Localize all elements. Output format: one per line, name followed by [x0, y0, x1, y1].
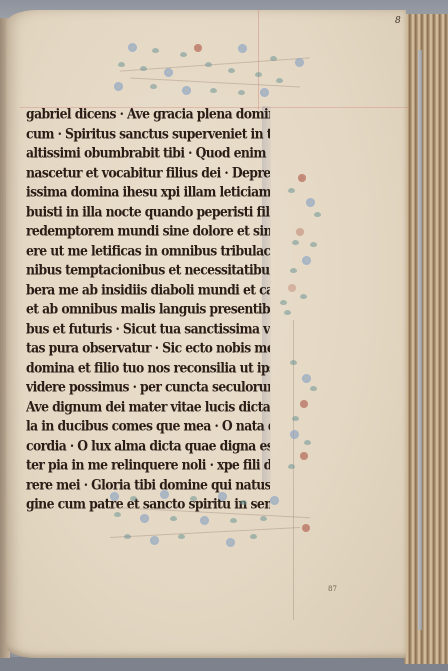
flower-icon: [140, 514, 149, 523]
flower-icon: [288, 284, 296, 292]
leaf-icon: [140, 66, 147, 71]
leaf-icon: [310, 386, 317, 391]
flower-icon: [296, 228, 304, 236]
flower-icon: [298, 174, 306, 182]
bookmark-ribbon: [418, 50, 422, 630]
leaf-icon: [292, 240, 299, 245]
backdrop-bottom: [0, 657, 448, 671]
flower-icon: [110, 492, 119, 501]
flower-icon: [160, 490, 169, 499]
leaf-icon: [255, 72, 262, 77]
leaf-icon: [124, 534, 131, 539]
leaf-icon: [290, 360, 297, 365]
leaf-icon: [284, 310, 291, 315]
folio-number: 8: [395, 16, 401, 26]
flower-icon: [270, 496, 279, 505]
flower-icon: [226, 538, 235, 547]
leaf-icon: [210, 88, 217, 93]
leaf-icon: [276, 78, 283, 83]
flower-icon: [300, 400, 308, 408]
leaf-icon: [304, 440, 311, 445]
flower-icon: [300, 452, 308, 460]
flower-icon: [150, 536, 159, 545]
flower-icon: [182, 86, 191, 95]
flower-icon: [302, 524, 310, 532]
flower-icon: [128, 43, 137, 52]
right-vine-border: [280, 160, 330, 480]
leaf-icon: [270, 56, 277, 61]
leaf-icon: [150, 84, 157, 89]
flower-icon: [194, 44, 202, 52]
catchword: 87: [328, 585, 337, 593]
flower-icon: [218, 492, 227, 501]
leaf-icon: [292, 416, 299, 421]
leaf-icon: [230, 518, 237, 523]
flower-icon: [302, 374, 311, 383]
top-floral-spray: [110, 38, 320, 102]
flower-icon: [290, 430, 299, 439]
leaf-icon: [314, 212, 321, 217]
flower-icon: [306, 198, 315, 207]
leaf-icon: [180, 52, 187, 57]
leaf-icon: [228, 68, 235, 73]
leaf-icon: [260, 516, 267, 521]
leaf-icon: [250, 534, 257, 539]
flower-icon: [238, 44, 247, 53]
leaf-icon: [190, 496, 197, 501]
leaf-icon: [118, 62, 125, 67]
leaf-icon: [310, 242, 317, 247]
flower-icon: [200, 516, 209, 525]
leaf-icon: [205, 62, 212, 67]
flower-icon: [295, 58, 304, 67]
flower-icon: [302, 256, 311, 265]
page-stack-edge: [404, 14, 448, 664]
leaf-icon: [288, 188, 295, 193]
manuscript-text-block: gabriel dicens · Ave gracia plena dominu…: [26, 104, 270, 514]
leaf-icon: [300, 294, 307, 299]
leaf-icon: [238, 90, 245, 95]
leaf-icon: [114, 512, 121, 517]
leaf-icon: [130, 496, 137, 501]
leaf-icon: [178, 534, 185, 539]
flower-icon: [114, 82, 123, 91]
leaf-icon: [152, 48, 159, 53]
bottom-floral-spray: [100, 482, 320, 552]
leaf-icon: [240, 500, 247, 505]
flower-icon: [260, 88, 269, 97]
leaf-icon: [170, 516, 177, 521]
leaf-icon: [280, 300, 287, 305]
leaf-icon: [288, 464, 295, 469]
leaf-icon: [290, 268, 297, 273]
flower-icon: [164, 68, 173, 77]
